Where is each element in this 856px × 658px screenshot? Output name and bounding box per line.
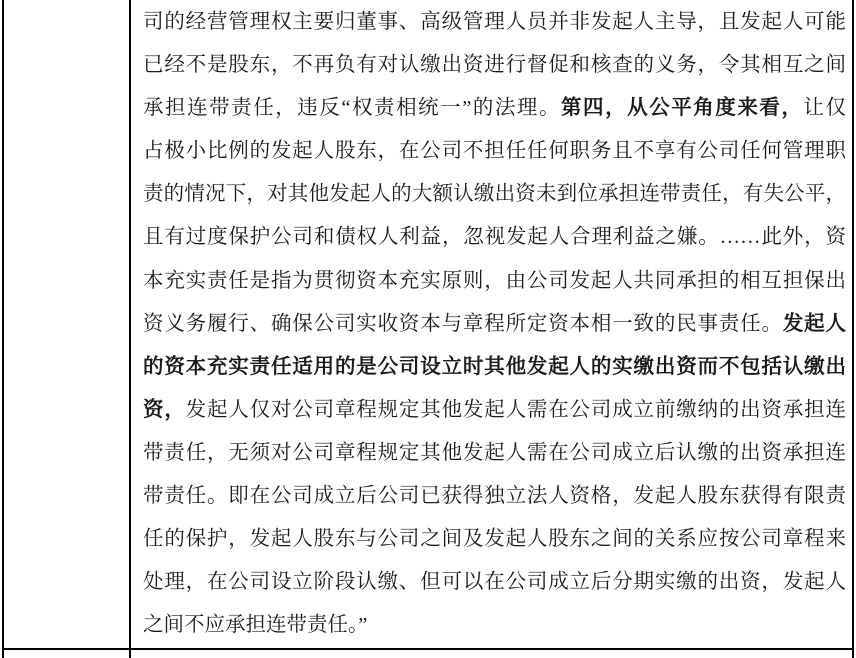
text-line: 已经不是股东，不再负有对认缴出资进行督促和核查的义务，令其相互之间	[143, 44, 846, 87]
text-line: 本充实责任是指为贯彻资本充实原则，由公司发起人共同承担的相互担保出	[143, 260, 846, 303]
text-segment: 责的情况下，对其他发起人的大额认缴出资未到位承担连带责任，有失公平，	[143, 183, 846, 205]
bold-text-segment: 资，	[143, 399, 186, 421]
text-segment: 资义务履行、确保公司实收资本与章程所定资本相一致的民事责任。	[143, 313, 783, 335]
text-line: 司的经营管理权主要归董事、高级管理人员并非发起人主导，且发起人可能	[143, 1, 846, 44]
text-line: 的资本充实责任适用的是公司设立时其他发起人的实缴出资而不包括认缴出	[143, 346, 846, 389]
text-segment: 发起人仅对公司章程规定其他发起人需在公司成立前缴纳的出资承担连	[186, 399, 846, 421]
text-segment: 让仅	[803, 97, 846, 119]
table-cell-content: 司的经营管理权主要归董事、高级管理人员并非发起人主导，且发起人可能已经不是股东，…	[131, 0, 852, 648]
text-line: 带责任。即在公司成立后公司已获得独立法人资格，发起人股东获得有限责	[143, 475, 846, 518]
text-line: 资，发起人仅对公司章程规定其他发起人需在公司成立前缴纳的出资承担连	[143, 389, 846, 432]
table-row-main: 司的经营管理权主要归董事、高级管理人员并非发起人主导，且发起人可能已经不是股东，…	[4, 0, 852, 650]
table-cell-left-empty	[4, 0, 131, 648]
document-page: 司的经营管理权主要归董事、高级管理人员并非发起人主导，且发起人可能已经不是股东，…	[0, 0, 856, 658]
text-line: 任的保护，发起人股东与公司之间及发起人股东之间的关系应按公司章程来	[143, 518, 846, 561]
text-segment: 已经不是股东，不再负有对认缴出资进行督促和核查的义务，令其相互之间	[143, 54, 846, 76]
text-segment: 带责任。即在公司成立后公司已获得独立法人资格，发起人股东获得有限责	[143, 485, 846, 507]
bold-text-segment: 第四，从公平角度来看，	[561, 97, 803, 119]
text-segment: 司的经营管理权主要归董事、高级管理人员并非发起人主导，且发起人可能	[143, 11, 846, 33]
text-line: 资义务履行、确保公司实收资本与章程所定资本相一致的民事责任。发起人	[143, 303, 846, 346]
text-line: 处理，在公司设立阶段认缴、但可以在公司成立后分期实缴的出资，发起人	[143, 561, 846, 604]
bold-text-segment: 的资本充实责任适用的是公司设立时其他发起人的实缴出资而不包括认缴出	[143, 356, 846, 378]
text-line: 责的情况下，对其他发起人的大额认缴出资未到位承担连带责任，有失公平，	[143, 173, 846, 216]
text-line: 带责任，无须对公司章程规定其他发起人需在公司成立后认缴的出资承担连	[143, 432, 846, 475]
content-table: 司的经营管理权主要归董事、高级管理人员并非发起人主导，且发起人可能已经不是股东，…	[2, 0, 854, 658]
bold-text-segment: 发起人	[783, 313, 846, 335]
text-segment: 承担连带责任，违反“权责相统一”的法理。	[143, 97, 561, 119]
table-row-next-sliver	[4, 650, 852, 658]
text-segment: 且有过度保护公司和债权人利益，忽视发起人合理利益之嫌。……此外，资	[143, 226, 846, 248]
table-cell-left-sliver	[4, 650, 131, 658]
text-line: 占极小比例的发起人股东，在公司不担任任何职务且不享有公司任何管理职	[143, 130, 846, 173]
text-line: 之间不应承担连带责任。”	[143, 604, 846, 647]
text-segment: 带责任，无须对公司章程规定其他发起人需在公司成立后认缴的出资承担连	[143, 442, 846, 464]
text-line: 承担连带责任，违反“权责相统一”的法理。第四，从公平角度来看，让仅	[143, 87, 846, 130]
text-segment: 任的保护，发起人股东与公司之间及发起人股东之间的关系应按公司章程来	[143, 528, 846, 550]
text-segment: 之间不应承担连带责任。”	[143, 614, 367, 636]
table-cell-right-sliver	[131, 650, 852, 658]
paragraph-text: 司的经营管理权主要归董事、高级管理人员并非发起人主导，且发起人可能已经不是股东，…	[143, 1, 846, 647]
text-segment: 处理，在公司设立阶段认缴、但可以在公司成立后分期实缴的出资，发起人	[143, 571, 846, 593]
text-line: 且有过度保护公司和债权人利益，忽视发起人合理利益之嫌。……此外，资	[143, 216, 846, 259]
text-segment: 本充实责任是指为贯彻资本充实原则，由公司发起人共同承担的相互担保出	[143, 270, 846, 292]
text-segment: 占极小比例的发起人股东，在公司不担任任何职务且不享有公司任何管理职	[143, 140, 846, 162]
